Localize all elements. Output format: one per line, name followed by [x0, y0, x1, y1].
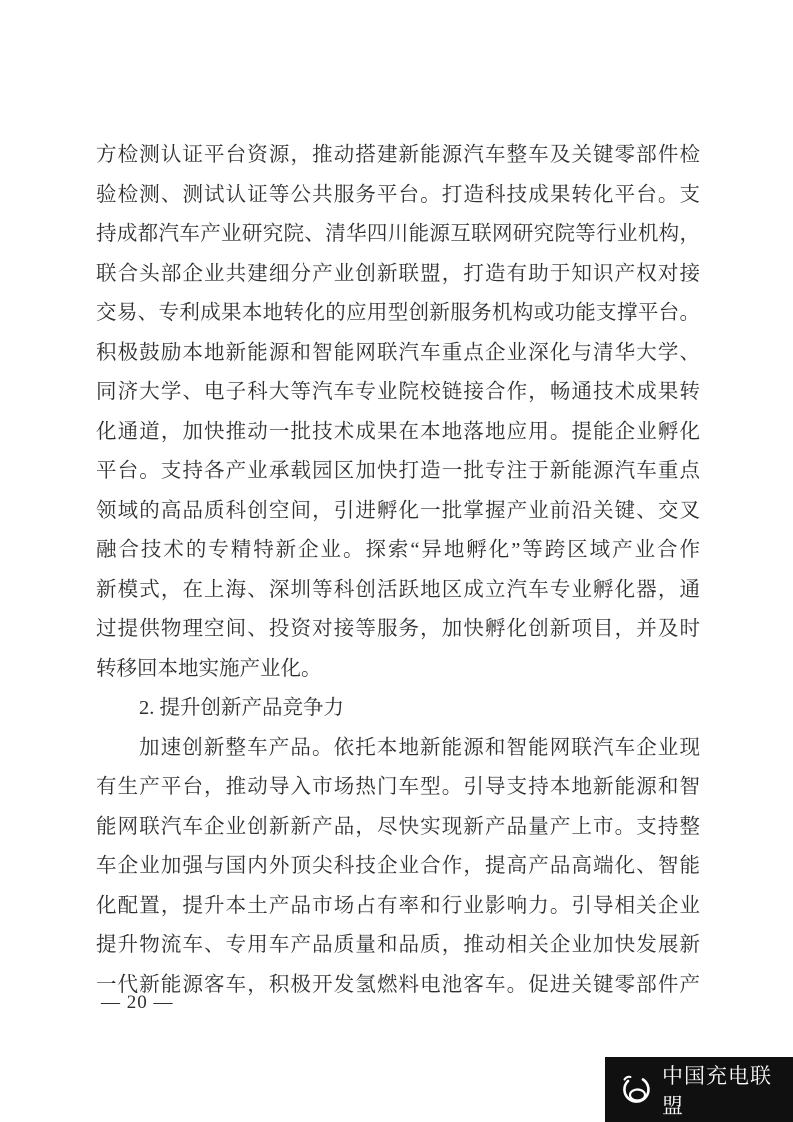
- text-line: 过提供物理空间、投资对接等服务，加快孵化创新项目，并及时: [96, 610, 700, 650]
- text-line: 化配置，提升本土产品市场占有率和行业影响力。引导相关企业: [96, 887, 700, 927]
- text-line: 联合头部企业共建细分产业创新联盟，打造有助于知识产权对接: [96, 255, 700, 295]
- text-line: 同济大学、电子科大等汽车专业院校链接合作，畅通技术成果转: [96, 373, 700, 413]
- text-line: 交易、专利成果本地转化的应用型创新服务机构或功能支撑平台。: [96, 294, 700, 334]
- text-line: 加速创新整车产品。依托本地新能源和智能网联汽车企业现: [96, 729, 700, 769]
- page-number: — 20 —: [101, 992, 174, 1014]
- text-line: 转移回本地实施产业化。: [96, 650, 700, 690]
- document-page: 方检测认证平台资源，推动搭建新能源汽车整车及关键零部件检验检测、测试认证等公共服…: [0, 0, 793, 1122]
- text-line: 融合技术的专精特新企业。探索“异地孵化”等跨区域产业合作: [96, 531, 700, 571]
- text-line: 车企业加强与国内外顶尖科技企业合作，提高产品高端化、智能: [96, 847, 700, 887]
- text-line: 有生产平台，推动导入市场热门车型。引导支持本地新能源和智: [96, 768, 700, 808]
- text-line: 领域的高品质科创空间，引进孵化一批掌握产业前沿关键、交叉: [96, 492, 700, 532]
- text-line: 提升物流车、专用车产品质量和品质，推动相关企业加快发展新: [96, 926, 700, 966]
- body-text: 方检测认证平台资源，推动搭建新能源汽车整车及关键零部件检验检测、测试认证等公共服…: [96, 136, 700, 1005]
- text-line: 新模式，在上海、深圳等科创活跃地区成立汽车专业孵化器，通: [96, 571, 700, 611]
- text-line: 化通道，加快推动一批技术成果在本地落地应用。提能企业孵化: [96, 413, 700, 453]
- watermark-label: 中国充电联盟: [662, 1060, 793, 1120]
- text-line: 能网联汽车企业创新新产品，尽快实现新产品量产上市。支持整: [96, 808, 700, 848]
- text-line: 2. 提升创新产品竞争力: [96, 689, 700, 729]
- text-line: 持成都汽车产业研究院、清华四川能源互联网研究院等行业机构，: [96, 215, 700, 255]
- charging-alliance-logo-icon: [617, 1072, 653, 1108]
- watermark-badge: 中国充电联盟: [605, 1057, 793, 1122]
- text-line: 方检测认证平台资源，推动搭建新能源汽车整车及关键零部件检: [96, 136, 700, 176]
- text-line: 平台。支持各产业承载园区加快打造一批专注于新能源汽车重点: [96, 452, 700, 492]
- text-line: 一代新能源客车，积极开发氢燃料电池客车。促进关键零部件产: [96, 966, 700, 1006]
- text-line: 验检测、测试认证等公共服务平台。打造科技成果转化平台。支: [96, 176, 700, 216]
- text-line: 积极鼓励本地新能源和智能网联汽车重点企业深化与清华大学、: [96, 334, 700, 374]
